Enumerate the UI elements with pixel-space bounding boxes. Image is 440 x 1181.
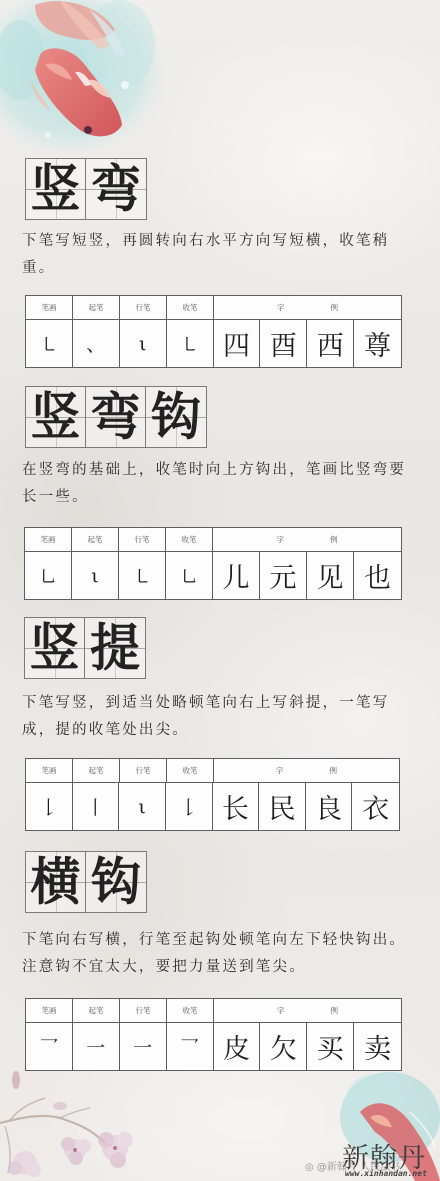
header-examples-b: 例 bbox=[331, 302, 339, 313]
header-middle: 行笔 bbox=[119, 528, 166, 551]
cell-middle: ι bbox=[119, 783, 166, 830]
goldfish-illustration-icon bbox=[0, 0, 170, 150]
cell-middle: ι bbox=[120, 320, 167, 367]
header-middle: 行笔 bbox=[120, 999, 167, 1022]
title-grid-cell: 横 bbox=[26, 852, 86, 912]
cell-example: 皮 bbox=[214, 1023, 261, 1070]
cell-example: 衣 bbox=[352, 783, 399, 830]
header-end: 收笔 bbox=[167, 759, 214, 782]
plum-blossom-illustration-icon bbox=[0, 1068, 150, 1181]
header-middle: 行笔 bbox=[120, 759, 167, 782]
title-char: 弯 bbox=[91, 392, 141, 443]
title-grid-cell: 竖 bbox=[25, 618, 85, 678]
title-grid-cell: 弯 bbox=[86, 387, 146, 447]
title-grid-cell: 竖 bbox=[26, 387, 86, 447]
cell-example: 见 bbox=[307, 552, 354, 599]
cell-middle: ㇄ bbox=[119, 552, 166, 599]
cell-example: 西 bbox=[307, 320, 354, 367]
title-char: 竖 bbox=[31, 392, 81, 443]
table-header-row: 笔画 起笔 行笔 收笔 字 例 bbox=[26, 999, 401, 1023]
header-end: 收笔 bbox=[166, 528, 213, 551]
title-grid-cell: 钩 bbox=[146, 387, 206, 447]
section-1-title: 竖 弯 bbox=[25, 158, 147, 220]
header-start: 起笔 bbox=[73, 759, 120, 782]
header-examples-b: 例 bbox=[331, 1005, 339, 1016]
title-char: 提 bbox=[90, 623, 140, 674]
cell-example: 民 bbox=[259, 783, 306, 830]
cell-example: 酉 bbox=[260, 320, 307, 367]
table-row: 𠄌 丨 ι 𠄌 长 民 良 衣 bbox=[26, 783, 399, 830]
cell-example: 元 bbox=[260, 552, 307, 599]
section-3-description: 下笔写竖，到适当处略顿笔向右上写斜提，一笔写成，提的收笔处出尖。 bbox=[22, 690, 422, 744]
header-start: 起笔 bbox=[73, 999, 120, 1022]
table-row: ㇄ 、 ι ㇄ 四 酉 西 尊 bbox=[26, 320, 401, 367]
cell-example: 儿 bbox=[213, 552, 260, 599]
header-examples: 字 例 bbox=[214, 759, 399, 782]
cell-example: 尊 bbox=[354, 320, 401, 367]
cell-stroke: 𠄌 bbox=[26, 783, 73, 830]
table-header-row: 笔画 起笔 行笔 收笔 字 例 bbox=[25, 528, 401, 552]
title-grid-cell: 提 bbox=[85, 618, 145, 678]
header-start: 起笔 bbox=[73, 296, 120, 319]
cell-example: 也 bbox=[354, 552, 401, 599]
cell-middle: 一 bbox=[120, 1023, 167, 1070]
cell-stroke: ㇟ bbox=[25, 552, 72, 599]
cell-example: 良 bbox=[306, 783, 353, 830]
header-stroke: 笔画 bbox=[25, 528, 72, 551]
cell-example: 四 bbox=[214, 320, 261, 367]
section-2-description: 在竖弯的基础上，收笔时向上方钩出，笔画比竖弯要长一些。 bbox=[22, 457, 422, 511]
section-3-stroke-table: 笔画 起笔 行笔 收笔 字 例 𠄌 丨 ι 𠄌 长 民 良 衣 bbox=[25, 758, 400, 831]
header-examples-a: 字 bbox=[277, 534, 285, 545]
title-grid-cell: 竖 bbox=[26, 159, 86, 219]
header-examples-b: 例 bbox=[330, 534, 338, 545]
title-char: 横 bbox=[31, 857, 81, 908]
header-examples: 字 例 bbox=[214, 999, 401, 1022]
section-4-stroke-table: 笔画 起笔 行笔 收笔 字 例 乛 一 一 乛 皮 欠 买 卖 bbox=[25, 998, 402, 1071]
section-1-stroke-table: 笔画 起笔 行笔 收笔 字 例 ㇄ 、 ι ㇄ 四 酉 西 尊 bbox=[25, 295, 402, 368]
header-stroke: 笔画 bbox=[26, 999, 73, 1022]
cell-end: ㇟ bbox=[166, 552, 213, 599]
header-end: 收笔 bbox=[167, 296, 214, 319]
cell-stroke: 乛 bbox=[26, 1023, 73, 1070]
header-start: 起笔 bbox=[72, 528, 119, 551]
section-4-title: 横 钩 bbox=[25, 851, 147, 913]
section-2-title: 竖 弯 钩 bbox=[25, 386, 207, 448]
header-end: 收笔 bbox=[167, 999, 214, 1022]
header-examples: 字 例 bbox=[213, 528, 401, 551]
table-header-row: 笔画 起笔 行笔 收笔 字 例 bbox=[26, 296, 401, 320]
table-header-row: 笔画 起笔 行笔 收笔 字 例 bbox=[26, 759, 399, 783]
title-char: 竖 bbox=[30, 623, 80, 674]
header-stroke: 笔画 bbox=[26, 296, 73, 319]
weibo-icon: ◎ bbox=[305, 1162, 314, 1173]
header-examples-a: 字 bbox=[277, 302, 285, 313]
title-char: 钩 bbox=[151, 392, 201, 443]
section-2-stroke-table: 笔画 起笔 行笔 收笔 字 例 ㇟ ι ㇄ ㇟ 儿 元 见 也 bbox=[24, 527, 402, 600]
cell-example: 长 bbox=[213, 783, 260, 830]
cell-start: 丨 bbox=[73, 783, 120, 830]
title-grid-cell: 钩 bbox=[86, 852, 146, 912]
table-row: ㇟ ι ㇄ ㇟ 儿 元 见 也 bbox=[25, 552, 401, 599]
header-examples-b: 例 bbox=[330, 765, 338, 776]
section-1-description: 下笔写短竖，再圆转向右水平方向写短横，收笔稍重。 bbox=[22, 228, 422, 282]
table-row: 乛 一 一 乛 皮 欠 买 卖 bbox=[26, 1023, 401, 1070]
cell-end: 乛 bbox=[167, 1023, 214, 1070]
cell-start: 一 bbox=[73, 1023, 120, 1070]
header-examples-a: 字 bbox=[276, 765, 284, 776]
title-char: 弯 bbox=[91, 164, 141, 215]
cell-example: 卖 bbox=[354, 1023, 401, 1070]
title-char: 竖 bbox=[31, 164, 81, 215]
title-grid-cell: 弯 bbox=[86, 159, 146, 219]
header-middle: 行笔 bbox=[120, 296, 167, 319]
section-3-title: 竖 提 bbox=[24, 617, 146, 679]
cell-start: 、 bbox=[73, 320, 120, 367]
watermark-url: www.xinhandan.net bbox=[345, 1169, 427, 1178]
cell-stroke: ㇄ bbox=[26, 320, 73, 367]
cell-start: ι bbox=[72, 552, 119, 599]
header-examples-a: 字 bbox=[277, 1005, 285, 1016]
header-examples: 字 例 bbox=[214, 296, 401, 319]
section-4-description: 下笔向右写横，行笔至起钩处顿笔向左下轻快钩出。注意钩不宜太大，要把力量送到笔尖。 bbox=[22, 927, 422, 981]
cell-end: ㇄ bbox=[167, 320, 214, 367]
cell-example: 欠 bbox=[260, 1023, 307, 1070]
header-stroke: 笔画 bbox=[26, 759, 73, 782]
cell-example: 买 bbox=[307, 1023, 354, 1070]
cell-end: 𠄌 bbox=[166, 783, 213, 830]
title-char: 钩 bbox=[91, 857, 141, 908]
